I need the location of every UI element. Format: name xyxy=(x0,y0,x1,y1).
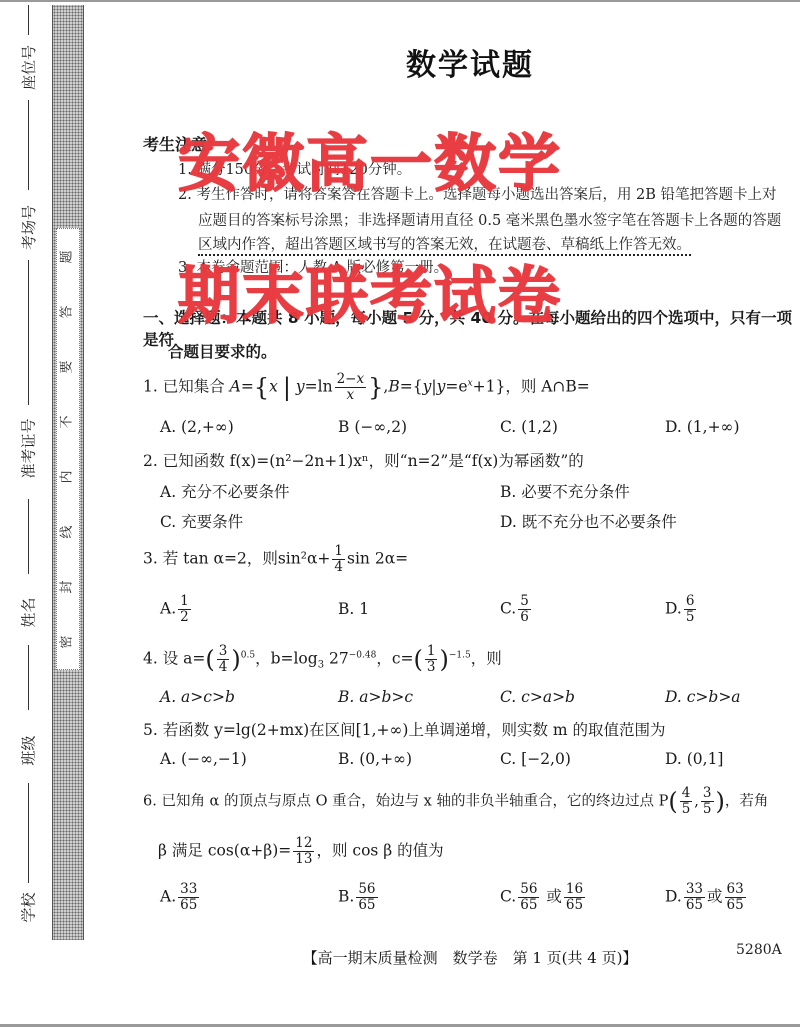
notice-item-2-cont: 应题目的答案标号涂黑；非选择题请用直径 0.5 毫米黑色墨水签字笔在答题卡上各题… xyxy=(198,209,781,230)
option-d[interactable]: D.3365或6365 xyxy=(665,882,748,913)
field-label: 姓名 xyxy=(17,597,38,627)
top-border xyxy=(0,0,800,2)
fraction: 14 xyxy=(332,544,345,575)
school-field[interactable]: 学校 xyxy=(10,875,46,940)
question-number: 5. xyxy=(143,721,158,739)
option-b[interactable]: B. 必要不充分条件 xyxy=(500,480,630,502)
class-field[interactable]: 班级 xyxy=(10,718,46,883)
option-c[interactable]: C. 充要条件 xyxy=(160,510,243,532)
page-footer: 【高一期末质量检测 数学卷 第 1 页(共 4 页)】 xyxy=(0,947,800,968)
option-b[interactable]: B. 1 xyxy=(338,600,369,618)
option-a[interactable]: A.3365 xyxy=(160,882,201,913)
question-stem: β 满足 cos(α+β)= xyxy=(158,842,291,860)
question-3: 3. 若 tan α=2，则sin²α+14sin 2α= xyxy=(143,544,408,575)
question-number: 1. xyxy=(143,378,158,396)
question-4: 4. 设 a=(34)0.5，b=log3 27−0.48，c=(13)−1.5… xyxy=(143,644,502,675)
field-label: 学校 xyxy=(17,892,38,922)
question-2: 2. 已知函数 f(x)=(n²−2n+1)xⁿ，则“n=2”是“f(x)为幂函… xyxy=(143,449,584,471)
option-a[interactable]: A.12 xyxy=(160,594,193,625)
option-d[interactable]: D. 既不充分也不必要条件 xyxy=(500,510,677,532)
question-stem-tail: ，则 A∩B= xyxy=(505,378,590,396)
option-a[interactable]: A. a>c>b xyxy=(160,688,235,706)
seal-char: 内 xyxy=(61,470,75,483)
seal-char: 答 xyxy=(61,305,75,318)
question-stem: 已知函数 f(x)=(n²−2n+1)xⁿ，则“n=2”是“f(x)为幂函数”的 xyxy=(163,452,584,470)
field-label: 班级 xyxy=(17,735,38,765)
exam-room-field[interactable]: 考场号 xyxy=(10,195,46,405)
question-number: 4. xyxy=(143,650,158,668)
seal-char: 要 xyxy=(61,360,75,373)
page-title: 数学试题 xyxy=(0,40,800,84)
question-number: 3. xyxy=(143,550,158,568)
paper-code: 5280A xyxy=(736,942,782,958)
option-b[interactable]: B.5665 xyxy=(338,882,380,913)
question-6: 6. 已知角 α 的顶点与原点 O 重合，始边与 x 轴的非负半轴重合，它的终边… xyxy=(143,786,768,817)
option-b[interactable]: B. a>b>c xyxy=(338,688,413,706)
seal-char: 线 xyxy=(61,525,75,538)
question-5: 5. 若函数 y=lg(2+mx)在区间[1,+∞)上单调递增，则实数 m 的取… xyxy=(143,718,666,740)
question-number: 6. xyxy=(143,794,157,810)
option-c[interactable]: C.56 xyxy=(500,594,533,625)
option-c[interactable]: C. (1,2) xyxy=(500,418,558,436)
name-field[interactable]: 姓名 xyxy=(10,580,46,710)
question-stem: 若函数 y=lg(2+mx)在区间[1,+∞)上单调递增，则实数 m 的取值范围… xyxy=(163,721,666,739)
option-a[interactable]: A. (2,+∞) xyxy=(160,418,234,436)
field-label: 考场号 xyxy=(18,205,39,250)
section-heading-cont: 合题目要求的。 xyxy=(168,340,277,362)
option-c[interactable]: C.5665 或1665 xyxy=(500,882,587,913)
seal-char: 不 xyxy=(61,415,75,428)
option-d[interactable]: D.65 xyxy=(665,594,698,625)
field-label: 准考证号 xyxy=(18,418,39,478)
option-d[interactable]: D. (1,+∞) xyxy=(665,418,740,436)
question-stem: 已知角 α 的顶点与原点 O 重合，始边与 x 轴的非负半轴重合，它的终边过点 … xyxy=(161,794,668,810)
seat-number-field[interactable]: 座位号 xyxy=(10,5,46,190)
question-stem: 若 tan α=2，则sin²α+ xyxy=(163,550,331,568)
seal-line-strip: 密 封 线 内 不 要 答 题 xyxy=(56,228,80,670)
fraction: 2−xx xyxy=(335,372,367,403)
option-a[interactable]: A. (−∞,−1) xyxy=(160,750,247,768)
question-number: 2. xyxy=(143,452,158,470)
question-stem: 已知集合 xyxy=(163,378,230,396)
question-stem-tail: sin 2α= xyxy=(347,550,408,568)
admission-ticket-field[interactable]: 准考证号 xyxy=(10,398,46,574)
watermark-line-2: 期末联考试卷 xyxy=(178,246,562,335)
option-c[interactable]: C. [−2,0) xyxy=(500,750,571,768)
seal-char: 封 xyxy=(61,580,75,593)
seal-char: 题 xyxy=(61,250,75,263)
question-6-cont: β 满足 cos(α+β)=1213，则 cos β 的值为 xyxy=(158,836,444,867)
option-d[interactable]: D. (0,1] xyxy=(665,750,723,768)
option-c[interactable]: C. c>a>b xyxy=(500,688,575,706)
option-a[interactable]: A. 充分不必要条件 xyxy=(160,480,290,502)
question-stem: 设 a= xyxy=(163,650,206,668)
option-b[interactable]: B (−∞,2) xyxy=(338,418,407,436)
option-b[interactable]: B. (0,+∞) xyxy=(338,750,412,768)
seal-char: 密 xyxy=(61,635,75,648)
question-1: 1. 已知集合 A={x | y=ln2−xx},B={y|y=ex+1}，则 … xyxy=(143,372,590,403)
option-d[interactable]: D. c>b>a xyxy=(665,688,741,706)
watermark-line-1: 安徽高一数学 xyxy=(178,114,562,203)
